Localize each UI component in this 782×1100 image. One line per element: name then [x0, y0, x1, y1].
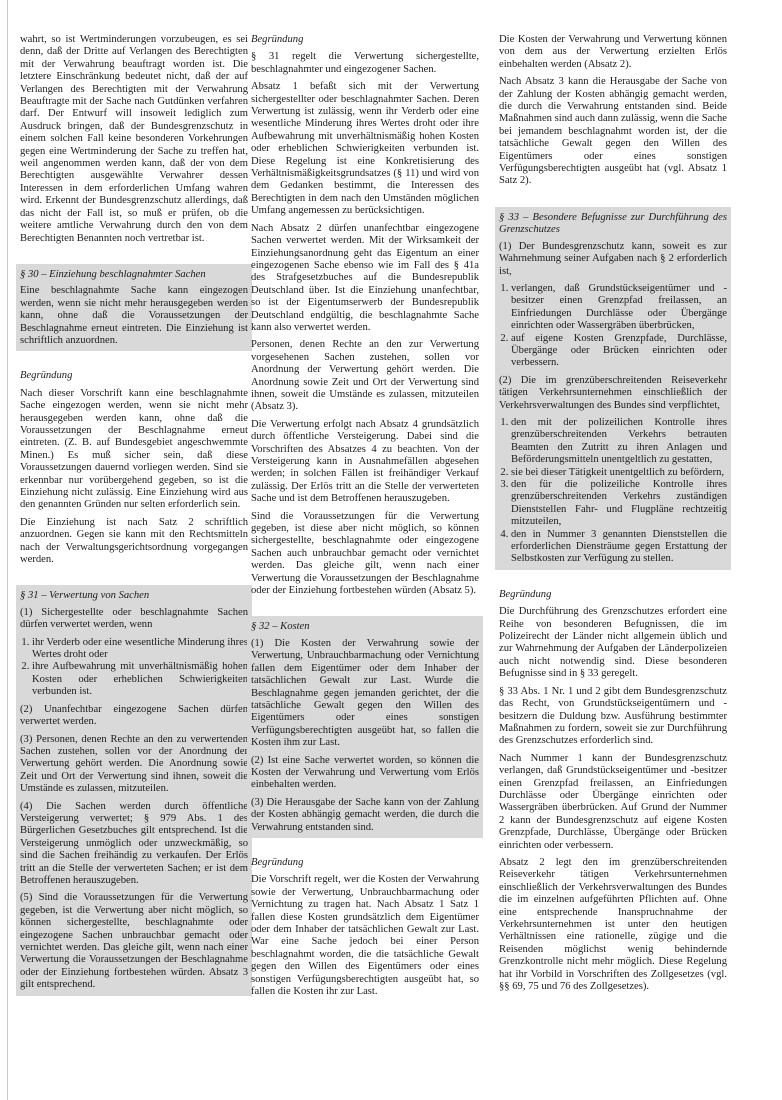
column-1: wahrt, so ist Wertminderungen vorzubeuge…	[20, 34, 248, 1006]
section-32-title: § 32 – Kosten	[251, 621, 479, 633]
section-33-para-2: (2) Die im grenzüberschreitenden Reiseve…	[499, 375, 727, 412]
reason-paragraph: Absatz 2 legt den im grenzüberschreitend…	[499, 857, 727, 993]
reason-paragraph: Die Vorschrift regelt, wer die Kosten de…	[251, 874, 479, 998]
section-32-para-2: (2) Ist eine Sache verwertet worden, so …	[251, 755, 479, 792]
intro-paragraph: wahrt, so ist Wertminderungen vorzubeuge…	[20, 34, 248, 245]
list-item: den mit der polizeilichen Kontrolle ihre…	[511, 417, 727, 467]
section-30-title: § 30 – Einziehung beschlagnahmter Sachen	[20, 269, 248, 281]
section-33-title: § 33 – Besondere Befugnisse zur Durchfüh…	[499, 212, 727, 237]
reason-paragraph: Die Einziehung ist nach Satz 2 schriftli…	[20, 517, 248, 567]
reason-paragraph: Sind die Voraussetzungen für die Verwert…	[251, 511, 479, 598]
section-33-reason-heading: Begründung	[499, 589, 727, 601]
section-31-list: ihr Verderb oder eine wesentliche Minder…	[20, 637, 248, 699]
section-33-list-1: verlangen, daß Grundstückseigentümer und…	[499, 283, 727, 370]
reason-paragraph: Nach Absatz 2 dürfen unanfechtbar eingez…	[251, 223, 479, 335]
reason-paragraph: Die Verwertung erfolgt nach Absatz 4 gru…	[251, 419, 479, 506]
section-31-para-1: (1) Sichergestellte oder beschlagnahmte …	[20, 607, 248, 632]
section-32-para-3: (3) Die Herausgabe der Sache kann von de…	[251, 797, 479, 834]
section-31-para-2: (2) Unanfechtbar eingezogene Sachen dürf…	[20, 704, 248, 729]
list-item: auf eigene Kosten Grenzpfade, Durchlässe…	[511, 333, 727, 370]
section-31-box: § 31 – Verwertung von Sachen (1) Sicherg…	[16, 585, 252, 995]
section-31-para-5: (5) Sind die Voraussetzungen für die Ver…	[20, 892, 248, 991]
section-30-reason-heading: Begründung	[20, 370, 248, 382]
list-item: sie bei dieser Tätigkeit unentgeltlich z…	[511, 467, 727, 479]
reason-paragraph: Nach Absatz 3 kann die Herausgabe der Sa…	[499, 76, 727, 188]
reason-paragraph: Nach Nummer 1 kann der Bundesgrenzschutz…	[499, 753, 727, 852]
list-item: den für die polizeiliche Kontrolle ihres…	[511, 479, 727, 529]
reason-paragraph: Personen, denen Rechte an den zur Verwer…	[251, 339, 479, 413]
section-30-box: § 30 – Einziehung beschlagnahmter Sachen…	[16, 264, 252, 351]
section-32-reason-heading: Begründung	[251, 857, 479, 869]
section-30-text: Eine beschlagnahmte Sache kann eingezoge…	[20, 285, 248, 347]
section-33-box: § 33 – Besondere Befugnisse zur Durchfüh…	[495, 207, 731, 570]
column-2: Begründung § 31 regelt die Verwertung si…	[251, 34, 479, 1003]
section-31-reason-heading: Begründung	[251, 34, 479, 46]
list-item: ihre Aufbewahrung mit unverhältnismäßig …	[32, 661, 248, 698]
page-edge	[7, 0, 8, 1100]
reason-paragraph: Nach dieser Vorschrift kann eine beschla…	[20, 388, 248, 512]
list-item: verlangen, daß Grundstückseigentümer und…	[511, 283, 727, 333]
section-32-para-1: (1) Die Kosten der Verwahrung sowie der …	[251, 638, 479, 750]
section-31-para-3: (3) Personen, denen Rechte an den zu ver…	[20, 734, 248, 796]
section-31-para-4: (4) Die Sachen werden durch öffentliche …	[20, 801, 248, 888]
reason-paragraph: Die Kosten der Verwahrung und Verwertung…	[499, 34, 727, 71]
reason-paragraph: Absatz 1 befaßt sich mit der Verwertung …	[251, 81, 479, 217]
section-33-list-2: den mit der polizeilichen Kontrolle ihre…	[499, 417, 727, 566]
reason-paragraph: § 33 Abs. 1 Nr. 1 und 2 gibt dem Bundesg…	[499, 686, 727, 748]
section-32-box: § 32 – Kosten (1) Die Kosten der Verwahr…	[247, 616, 483, 838]
reason-paragraph: Die Durchführung des Grenzschutzes erfor…	[499, 606, 727, 680]
column-3: Die Kosten der Verwahrung und Verwertung…	[499, 34, 727, 998]
section-31-title: § 31 – Verwertung von Sachen	[20, 590, 248, 602]
section-33-para-1: (1) Der Bundesgrenzschutz kann, soweit e…	[499, 241, 727, 278]
list-item: ihr Verderb oder eine wesentliche Minder…	[32, 637, 248, 662]
reason-paragraph: § 31 regelt die Verwertung sichergestell…	[251, 51, 479, 76]
list-item: den in Nummer 3 genannten Dienststellen …	[511, 529, 727, 566]
